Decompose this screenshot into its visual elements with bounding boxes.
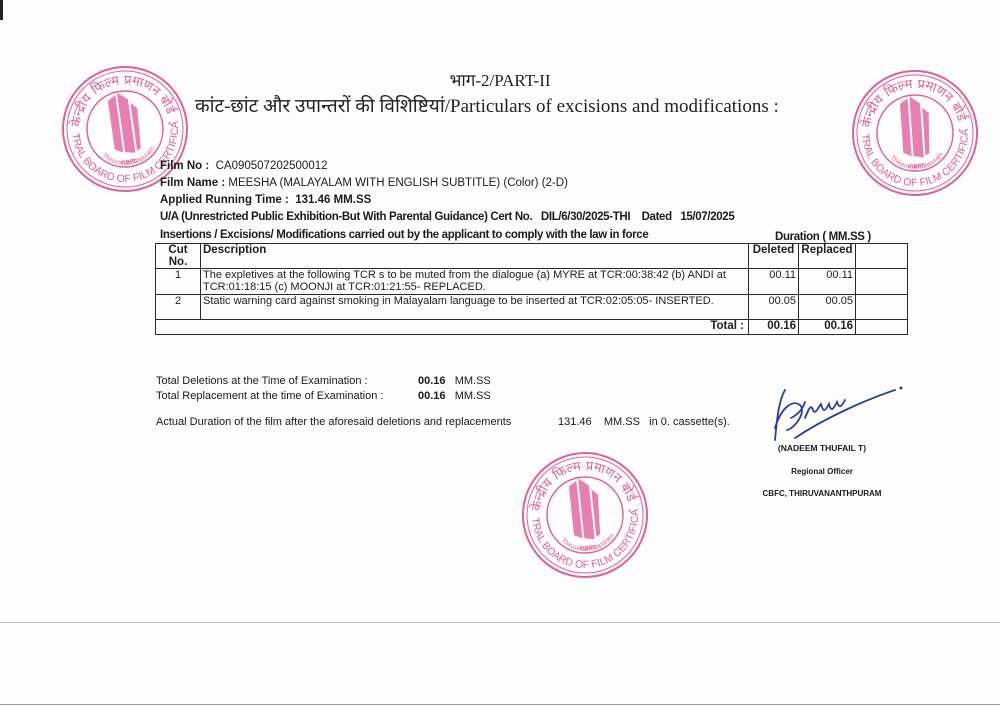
film-name-label: Film Name :: [160, 177, 225, 189]
cbfc-stamp-bottom: [514, 444, 657, 587]
film-name-row: Film Name : MEESHA (MALAYALAM WITH ENGLI…: [160, 177, 568, 189]
actual-duration-row: Actual Duration of the film after the af…: [156, 416, 730, 428]
signatory-office: CBFC, THIRUVANANTHPURAM: [742, 489, 902, 498]
replacement-row: Total Replacement at the time of Examina…: [156, 390, 491, 402]
page-edge-line: [0, 704, 1000, 705]
certificate-row: U/A (Unrestricted Public Exhibition-But …: [160, 211, 734, 223]
cut-deleted: 00.11: [749, 269, 799, 295]
table-caption: Insertions / Excisions/ Modifications ca…: [160, 229, 648, 241]
deletions-label: Total Deletions at the Time of Examinati…: [156, 375, 418, 387]
table-total-row: Total : 00.16 00.16: [156, 320, 908, 335]
total-label: Total :: [156, 320, 749, 335]
running-time-label: Applied Running Time :: [160, 194, 289, 206]
table-row: 2 Static warning card against smoking in…: [156, 295, 908, 320]
part-title: भाग-2/PART-II: [0, 68, 1000, 91]
replacement-value: 00.16: [418, 390, 446, 402]
cert-number: DIL/6/30/2025-THI: [541, 211, 630, 223]
total-deleted: 00.16: [749, 320, 799, 335]
page-edge-line: [0, 622, 1000, 623]
film-no-label: Film No :: [160, 160, 209, 172]
table-row: 1 The expletives at the following TCR s …: [156, 269, 908, 295]
running-time-row: Applied Running Time : 131.46 MM.SS: [160, 194, 371, 206]
cert-label: U/A (Unrestricted Public Exhibition-But …: [160, 211, 532, 223]
cut-replaced: 00.05: [799, 295, 856, 320]
header-replaced: Replaced: [799, 244, 856, 269]
table-header-row: Cut No. Description Deleted Replaced: [156, 244, 908, 269]
film-name-value: MEESHA (MALAYALAM WITH ENGLISH SUBTITLE)…: [228, 177, 568, 189]
film-no-row: Film No : CA090507202500012: [160, 160, 328, 172]
film-no-value: CA090507202500012: [216, 160, 328, 172]
cuts-table: Cut No. Description Deleted Replaced 1 T…: [155, 243, 908, 335]
cut-no: 1: [156, 269, 201, 295]
signature-icon: [755, 378, 905, 448]
dated-label: Dated: [642, 211, 672, 223]
deletions-unit: MM.SS: [455, 375, 491, 387]
duration-caption: Duration ( MM.SS ): [775, 231, 871, 243]
running-time-value: 131.46 MM.SS: [295, 194, 371, 206]
total-replaced: 00.16: [799, 320, 856, 335]
cut-description: The expletives at the following TCR s to…: [201, 269, 749, 295]
particulars-title: कांट-छांट और उपान्तरों की विशिष्टियां/Pa…: [195, 92, 779, 118]
cassette-count: in 0. cassette(s).: [649, 416, 730, 428]
cut-blank: [856, 269, 908, 295]
actual-duration-value: 131.46: [558, 416, 592, 428]
header-description: Description: [201, 244, 749, 269]
signatory-designation: Regional Officer: [742, 467, 902, 476]
header-blank: [856, 244, 908, 269]
cut-blank: [856, 295, 908, 320]
header-cut-no: Cut No.: [156, 244, 201, 269]
total-blank: [856, 320, 908, 335]
cut-no: 2: [156, 295, 201, 320]
cut-deleted: 00.05: [749, 295, 799, 320]
deletions-value: 00.16: [418, 375, 446, 387]
dated-value: 15/07/2025: [680, 211, 734, 223]
scan-mark: [0, 0, 3, 20]
signatory-name: (NADEEM THUFAIL T): [742, 443, 902, 453]
cut-description: Static warning card against smoking in M…: [201, 295, 749, 320]
actual-duration-unit: MM.SS: [604, 416, 640, 428]
replacement-label: Total Replacement at the time of Examina…: [156, 390, 418, 402]
deletions-row: Total Deletions at the Time of Examinati…: [156, 375, 491, 387]
cut-replaced: 00.11: [799, 269, 856, 295]
actual-duration-label: Actual Duration of the film after the af…: [156, 416, 558, 428]
replacement-unit: MM.SS: [455, 390, 491, 402]
header-deleted: Deleted: [749, 244, 799, 269]
